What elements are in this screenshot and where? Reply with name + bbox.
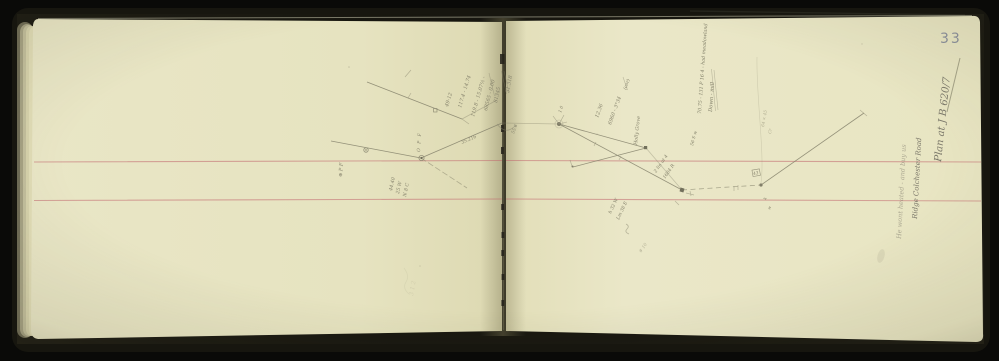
notebook-scan-canvas: 49-12 117.4 - 14.74 119.8 - 15.07½ - 685…	[0, 0, 999, 361]
notebook-scan: 49-12 117.4 - 14.74 119.8 - 15.07½ - 685…	[0, 0, 999, 361]
vignette-overlay	[17, 14, 984, 344]
